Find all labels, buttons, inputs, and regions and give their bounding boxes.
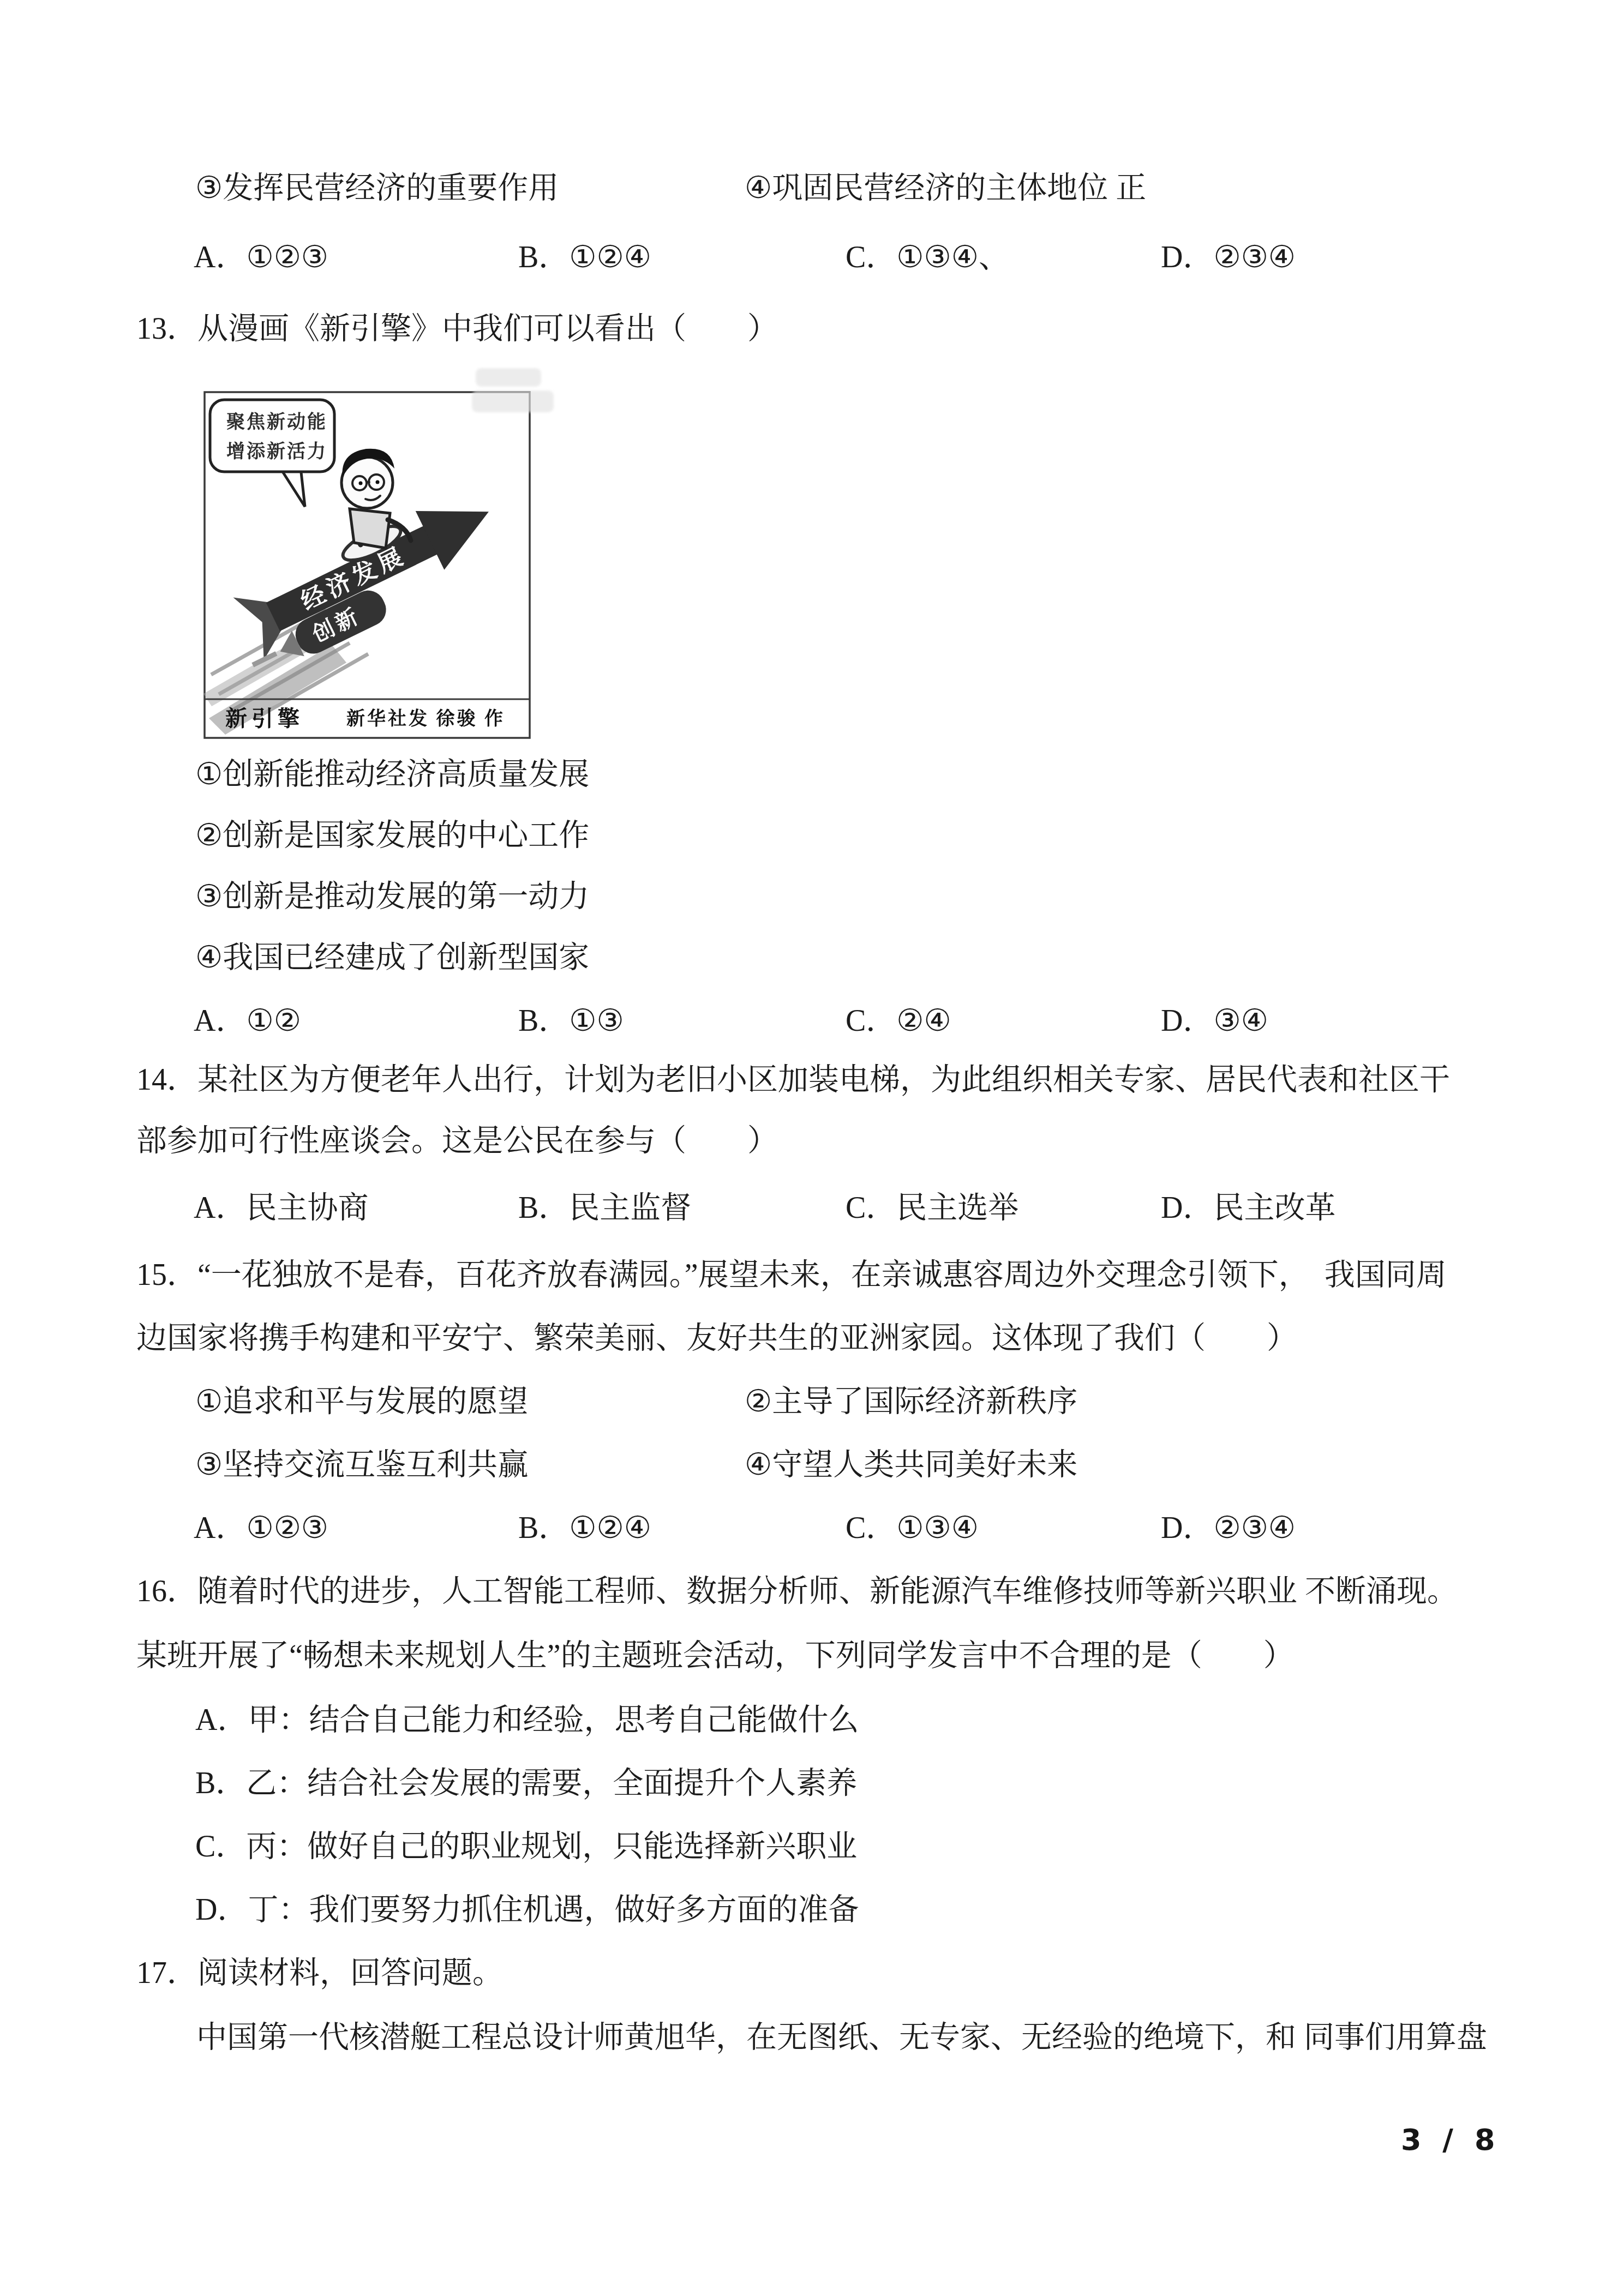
q15-answers-row: A．①②③ B．①②④ C．①③④ D．②③④ [0, 1506, 1624, 1550]
q16-answer-c: C．丙：做好自己的职业规划，只能选择新兴职业 [195, 1825, 857, 1868]
q13-answer-c: C．②④ [846, 999, 951, 1043]
watermark [472, 390, 554, 412]
q14-stem-row: 部参加可行性座谈会。这是公民在参与（ ） [0, 1119, 1624, 1163]
q15-answer-d: D．②③④ [1161, 1506, 1296, 1550]
q15-item-row: ③坚持交流互鉴互利共赢 ④守望人类共同美好未来 [0, 1443, 1624, 1487]
q14-stem-row: 14．某社区为方便老年人出行，计划为老旧小区加装电梯，为此组织相关专家、居民代表… [0, 1058, 1624, 1102]
q16-answer-b: B．乙：结合社会发展的需要，全面提升个人素养 [195, 1762, 857, 1805]
rider-torso [350, 509, 390, 548]
q15-stem-line1: 15．“一花独放不是春，百花齐放春满园。”展望未来，在亲诚惠容周边外交理念引领下… [136, 1253, 1447, 1297]
q13-item-row: ③创新是推动发展的第一动力 [0, 875, 1624, 918]
q15-item-3: ③坚持交流互鉴互利共赢 [195, 1443, 528, 1487]
q15-stem-line2: 边国家将携手构建和平安宁、繁荣美丽、友好共生的亚洲家园。这体现了我们（ ） [136, 1317, 1297, 1360]
q13-answer-b: B．①③ [518, 999, 624, 1043]
q13-item-3: ③创新是推动发展的第一动力 [195, 875, 589, 918]
q13-item-1: ①创新能推动经济高质量发展 [195, 753, 589, 796]
q12-answer-c: C．①③④、 [846, 236, 1009, 279]
q14-stem-line1: 14．某社区为方便老年人出行，计划为老旧小区加装电梯，为此组织相关专家、居民代表… [136, 1058, 1450, 1102]
q13-item-row: ②创新是国家发展的中心工作 [0, 814, 1624, 857]
q16-answer-a: A．甲：结合自己能力和经验，思考自己能做什么 [195, 1698, 859, 1742]
q16-stem-row: 16．随着时代的进步，人工智能工程师、数据分析师、新能源汽车维修技师等新兴职业 … [0, 1570, 1624, 1613]
q14-stem-line2: 部参加可行性座谈会。这是公民在参与（ ） [136, 1119, 778, 1163]
q12-option-4: ④巩固民营经济的主体地位 正 [745, 166, 1146, 210]
q13-answers-row: A．①② B．①③ C．②④ D．③④ [0, 999, 1624, 1043]
q14-answer-b: B．民主监督 [518, 1186, 691, 1230]
q13-item-row: ④我国已经建成了创新型国家 [0, 936, 1624, 979]
q17-stem-row: 17．阅读材料，回答问题。 [0, 1951, 1624, 1995]
q16-answer-row: D．丁：我们要努力抓住机遇，做好多方面的准备 [0, 1888, 1624, 1932]
q12-options-row: ③发挥民营经济的重要作用 ④巩固民营经济的主体地位 正 [0, 166, 1624, 210]
q12-answer-d: D．②③④ [1161, 236, 1296, 279]
q13-stem-row: 13．从漫画《新引擎》中我们可以看出（ ） [0, 307, 1624, 351]
page-number: 3 / 8 [1401, 2123, 1500, 2157]
q15-item-2: ②主导了国际经济新秩序 [745, 1380, 1077, 1423]
q13-answer-a: A．①② [194, 999, 301, 1043]
q12-answer-a: A．①②③ [194, 236, 328, 279]
q13-answer-d: D．③④ [1161, 999, 1268, 1043]
q13-item-4: ④我国已经建成了创新型国家 [195, 936, 589, 979]
q16-stem-line1: 16．随着时代的进步，人工智能工程师、数据分析师、新能源汽车维修技师等新兴职业 … [136, 1570, 1458, 1613]
q14-answer-c: C．民主选举 [846, 1186, 1018, 1230]
q16-answer-row: B．乙：结合社会发展的需要，全面提升个人素养 [0, 1762, 1624, 1805]
q13-stem: 13．从漫画《新引擎》中我们可以看出（ ） [136, 307, 778, 351]
q16-stem-line2: 某班开展了“畅想未来规划人生”的主题班会活动，下列同学发言中不合理的是（ ） [136, 1634, 1294, 1678]
cartoon-credit: 新华社发 徐骏 作 [346, 708, 505, 729]
q16-answer-row: A．甲：结合自己能力和经验，思考自己能做什么 [0, 1698, 1624, 1742]
q14-answer-d: D．民主改革 [1161, 1186, 1335, 1230]
q17-material-row: 中国第一代核潜艇工程总设计师黄旭华，在无图纸、无专家、无经验的绝境下，和 同事们… [0, 2016, 1624, 2059]
q12-answers-row: A．①②③ B．①②④ C．①③④、 D．②③④ [0, 236, 1624, 279]
q16-stem-row: 某班开展了“畅想未来规划人生”的主题班会活动，下列同学发言中不合理的是（ ） [0, 1634, 1624, 1678]
watermark [476, 368, 541, 387]
q16-answer-d: D．丁：我们要努力抓住机遇，做好多方面的准备 [195, 1888, 859, 1932]
rider-eye [359, 482, 363, 485]
exam-page: ③发挥民营经济的重要作用 ④巩固民营经济的主体地位 正 A．①②③ B．①②④ … [0, 0, 1624, 2296]
q13-item-row: ①创新能推动经济高质量发展 [0, 753, 1624, 796]
q15-answer-b: B．①②④ [518, 1506, 651, 1550]
q12-answer-b: B．①②④ [518, 236, 651, 279]
q12-option-3: ③发挥民营经济的重要作用 [195, 166, 559, 210]
q15-stem-row: 边国家将携手构建和平安宁、繁荣美丽、友好共生的亚洲家园。这体现了我们（ ） [0, 1317, 1624, 1360]
q14-answers-row: A．民主协商 B．民主监督 C．民主选举 D．民主改革 [0, 1186, 1624, 1230]
q16-answer-row: C．丙：做好自己的职业规划，只能选择新兴职业 [0, 1825, 1624, 1868]
q15-item-4: ④守望人类共同美好未来 [745, 1443, 1077, 1487]
q15-stem-row: 15．“一花独放不是春，百花齐放春满园。”展望未来，在亲诚惠容周边外交理念引领下… [0, 1253, 1624, 1297]
q17-material: 中国第一代核潜艇工程总设计师黄旭华，在无图纸、无专家、无经验的绝境下，和 同事们… [196, 2016, 1487, 2059]
q15-item-1: ①追求和平与发展的愿望 [195, 1380, 528, 1423]
q13-item-2: ②创新是国家发展的中心工作 [195, 814, 589, 857]
q15-item-row: ①追求和平与发展的愿望 ②主导了国际经济新秩序 [0, 1380, 1624, 1423]
q17-stem: 17．阅读材料，回答问题。 [136, 1951, 503, 1995]
q15-answer-c: C．①③④ [846, 1506, 979, 1550]
bubble-text-line1: 聚焦新动能 [226, 411, 327, 432]
q14-answer-a: A．民主协商 [194, 1186, 368, 1230]
rider-eye [376, 480, 380, 484]
cartoon-new-engine: 经济发展 创新 [203, 391, 531, 739]
bubble-text-line2: 增添新活力 [226, 441, 327, 462]
cartoon-title: 新引擎 [225, 706, 304, 731]
q15-answer-a: A．①②③ [194, 1506, 328, 1550]
cartoon-illustration: 经济发展 创新 [203, 391, 531, 739]
